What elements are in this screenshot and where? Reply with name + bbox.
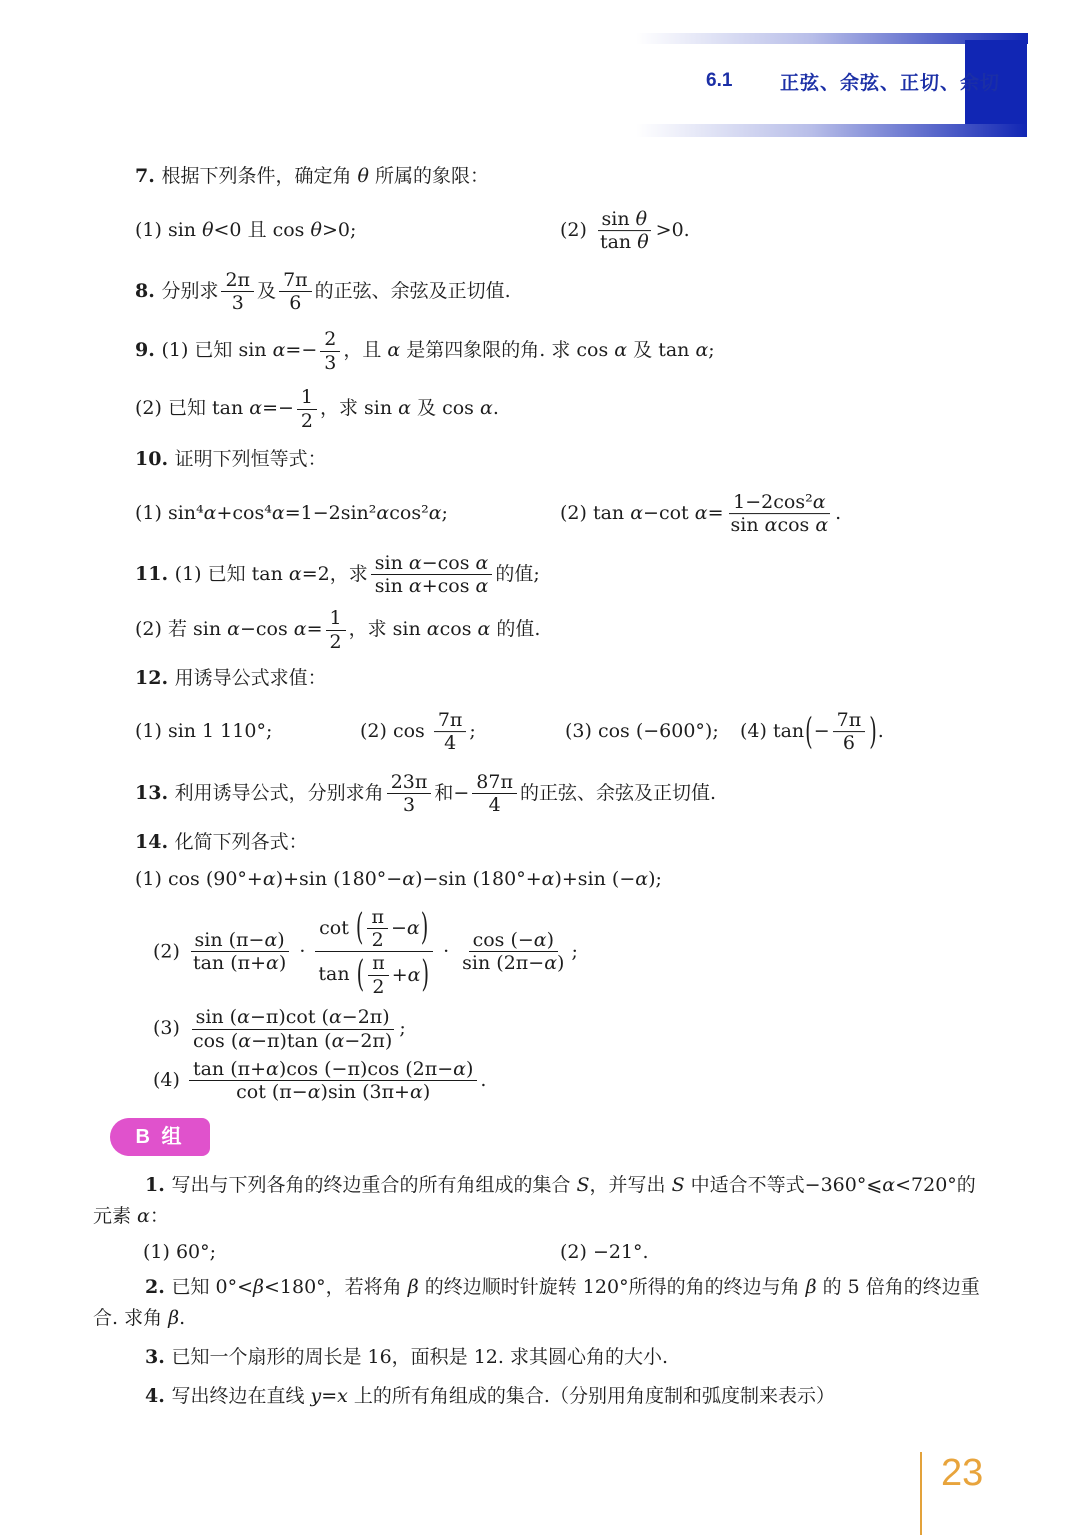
exercise-8-stem: 8. 分别求2π3及7π6的正弦、余弦及正切值.	[115, 269, 987, 315]
exercise-14-part-3: (3) sin (α−π)cot (α−2π)cos (α−π)tan (α−2…	[115, 1006, 987, 1052]
exercise-12-part-3: (3) cos (−600°);	[565, 718, 719, 746]
exercise-12-part-1: (1) sin 1 110°;	[135, 718, 272, 746]
exercise-14-stem: 14. 化简下列各式：	[115, 829, 987, 857]
exercise-14-part-4: (4) tan (π+α)cos (−π)cos (2π−α)cot (π−α)…	[115, 1058, 987, 1104]
header-gradient-bottom	[636, 124, 1027, 137]
group-b-section: B 组 1. 写出与下列各角的终边重合的所有角组成的集合 S，并写出 S 中适合…	[93, 1118, 981, 1412]
section-title: 正弦、余弦、正切、余切	[780, 68, 1000, 95]
exercise-7-part-2: (2) sin θtan θ>0.	[560, 208, 690, 254]
group-b-item-2: 2. 已知 0°<β<180°，若将角 β 的终边顺时针旋转 120°所得的角的…	[93, 1272, 981, 1334]
exercise-10-stem: 10. 证明下列恒等式：	[115, 446, 987, 474]
exercise-7-parts: (1) sin θ<0 且 cos θ>0; (2) sin θtan θ>0.	[115, 205, 987, 257]
group-b-item-1-parts: (1) 60°; (2) −21°.	[93, 1238, 981, 1266]
exercise-11-part-2: (2) 若 sin α−cos α=12，求 sin αcos α 的值.	[115, 607, 987, 653]
exercise-9-part-2: (2) 已知 tan α=−12，求 sin α 及 cos α.	[115, 386, 987, 432]
exercise-list: 7. 根据下列条件，确定角 θ 所属的象限： (1) sin θ<0 且 cos…	[115, 163, 987, 1104]
page-header: 6.1 正弦、余弦、正切、余切	[0, 0, 1080, 150]
group-b-item-1-part-2: (2) −21°.	[560, 1241, 649, 1263]
exercise-10-part-2: (2) tan α−cot α=1−2cos²αsin αcos α.	[560, 491, 841, 537]
exercise-14-part-1: (1) cos (90°+α)+sin (180°−α)−sin (180°+α…	[115, 866, 987, 894]
group-b-item-1: 1. 写出与下列各角的终边重合的所有角组成的集合 S，并写出 S 中适合不等式−…	[93, 1170, 981, 1232]
page-number-rule	[920, 1452, 922, 1535]
exercise-10-part-1: (1) sin⁴α+cos⁴α=1−2sin²αcos²α;	[135, 500, 448, 528]
exercise-12-parts: (1) sin 1 110°; (2) cos 7π4; (3) cos (−6…	[115, 705, 987, 759]
exercise-11-part-1: 11. (1) 已知 tan α=2，求sin α−cos αsin α+cos…	[115, 552, 987, 598]
exercise-12-part-4: (4) tan(−7π6).	[740, 709, 884, 755]
page-number: 23	[941, 1452, 983, 1495]
exercise-10-parts: (1) sin⁴α+cos⁴α=1−2sin²αcos²α; (2) tan α…	[115, 486, 987, 542]
textbook-page: { "header": { "section_number": "6.1", "…	[0, 0, 1080, 1535]
exercise-12-stem: 12. 用诱导公式求值：	[115, 665, 987, 693]
exercise-7-part-1: (1) sin θ<0 且 cos θ>0;	[135, 217, 356, 245]
exercise-7-stem: 7. 根据下列条件，确定角 θ 所属的象限：	[115, 163, 987, 191]
exercise-12-part-2: (2) cos 7π4;	[360, 709, 476, 755]
group-b-item-1-part-1: (1) 60°;	[143, 1241, 216, 1263]
group-b-badge: B 组	[110, 1118, 210, 1156]
section-number: 6.1	[706, 70, 732, 92]
exercise-13-stem: 13. 利用诱导公式，分别求角23π3和−87π4的正弦、余弦及正切值.	[115, 771, 987, 817]
group-b-item-3: 3. 已知一个扇形的周长是 16，面积是 12. 求其圆心角的大小.	[93, 1342, 981, 1373]
group-b-item-4: 4. 写出终边在直线 y=x 上的所有角组成的集合.（分别用角度制和弧度制来表示…	[93, 1381, 981, 1412]
exercise-9-part-1: 9. (1) 已知 sin α=−23，且 α 是第四象限的角. 求 cos α…	[115, 328, 987, 374]
exercise-14-part-2: (2) sin (π−α)tan (π+α) · cot (π2−α)tan (…	[115, 906, 987, 999]
